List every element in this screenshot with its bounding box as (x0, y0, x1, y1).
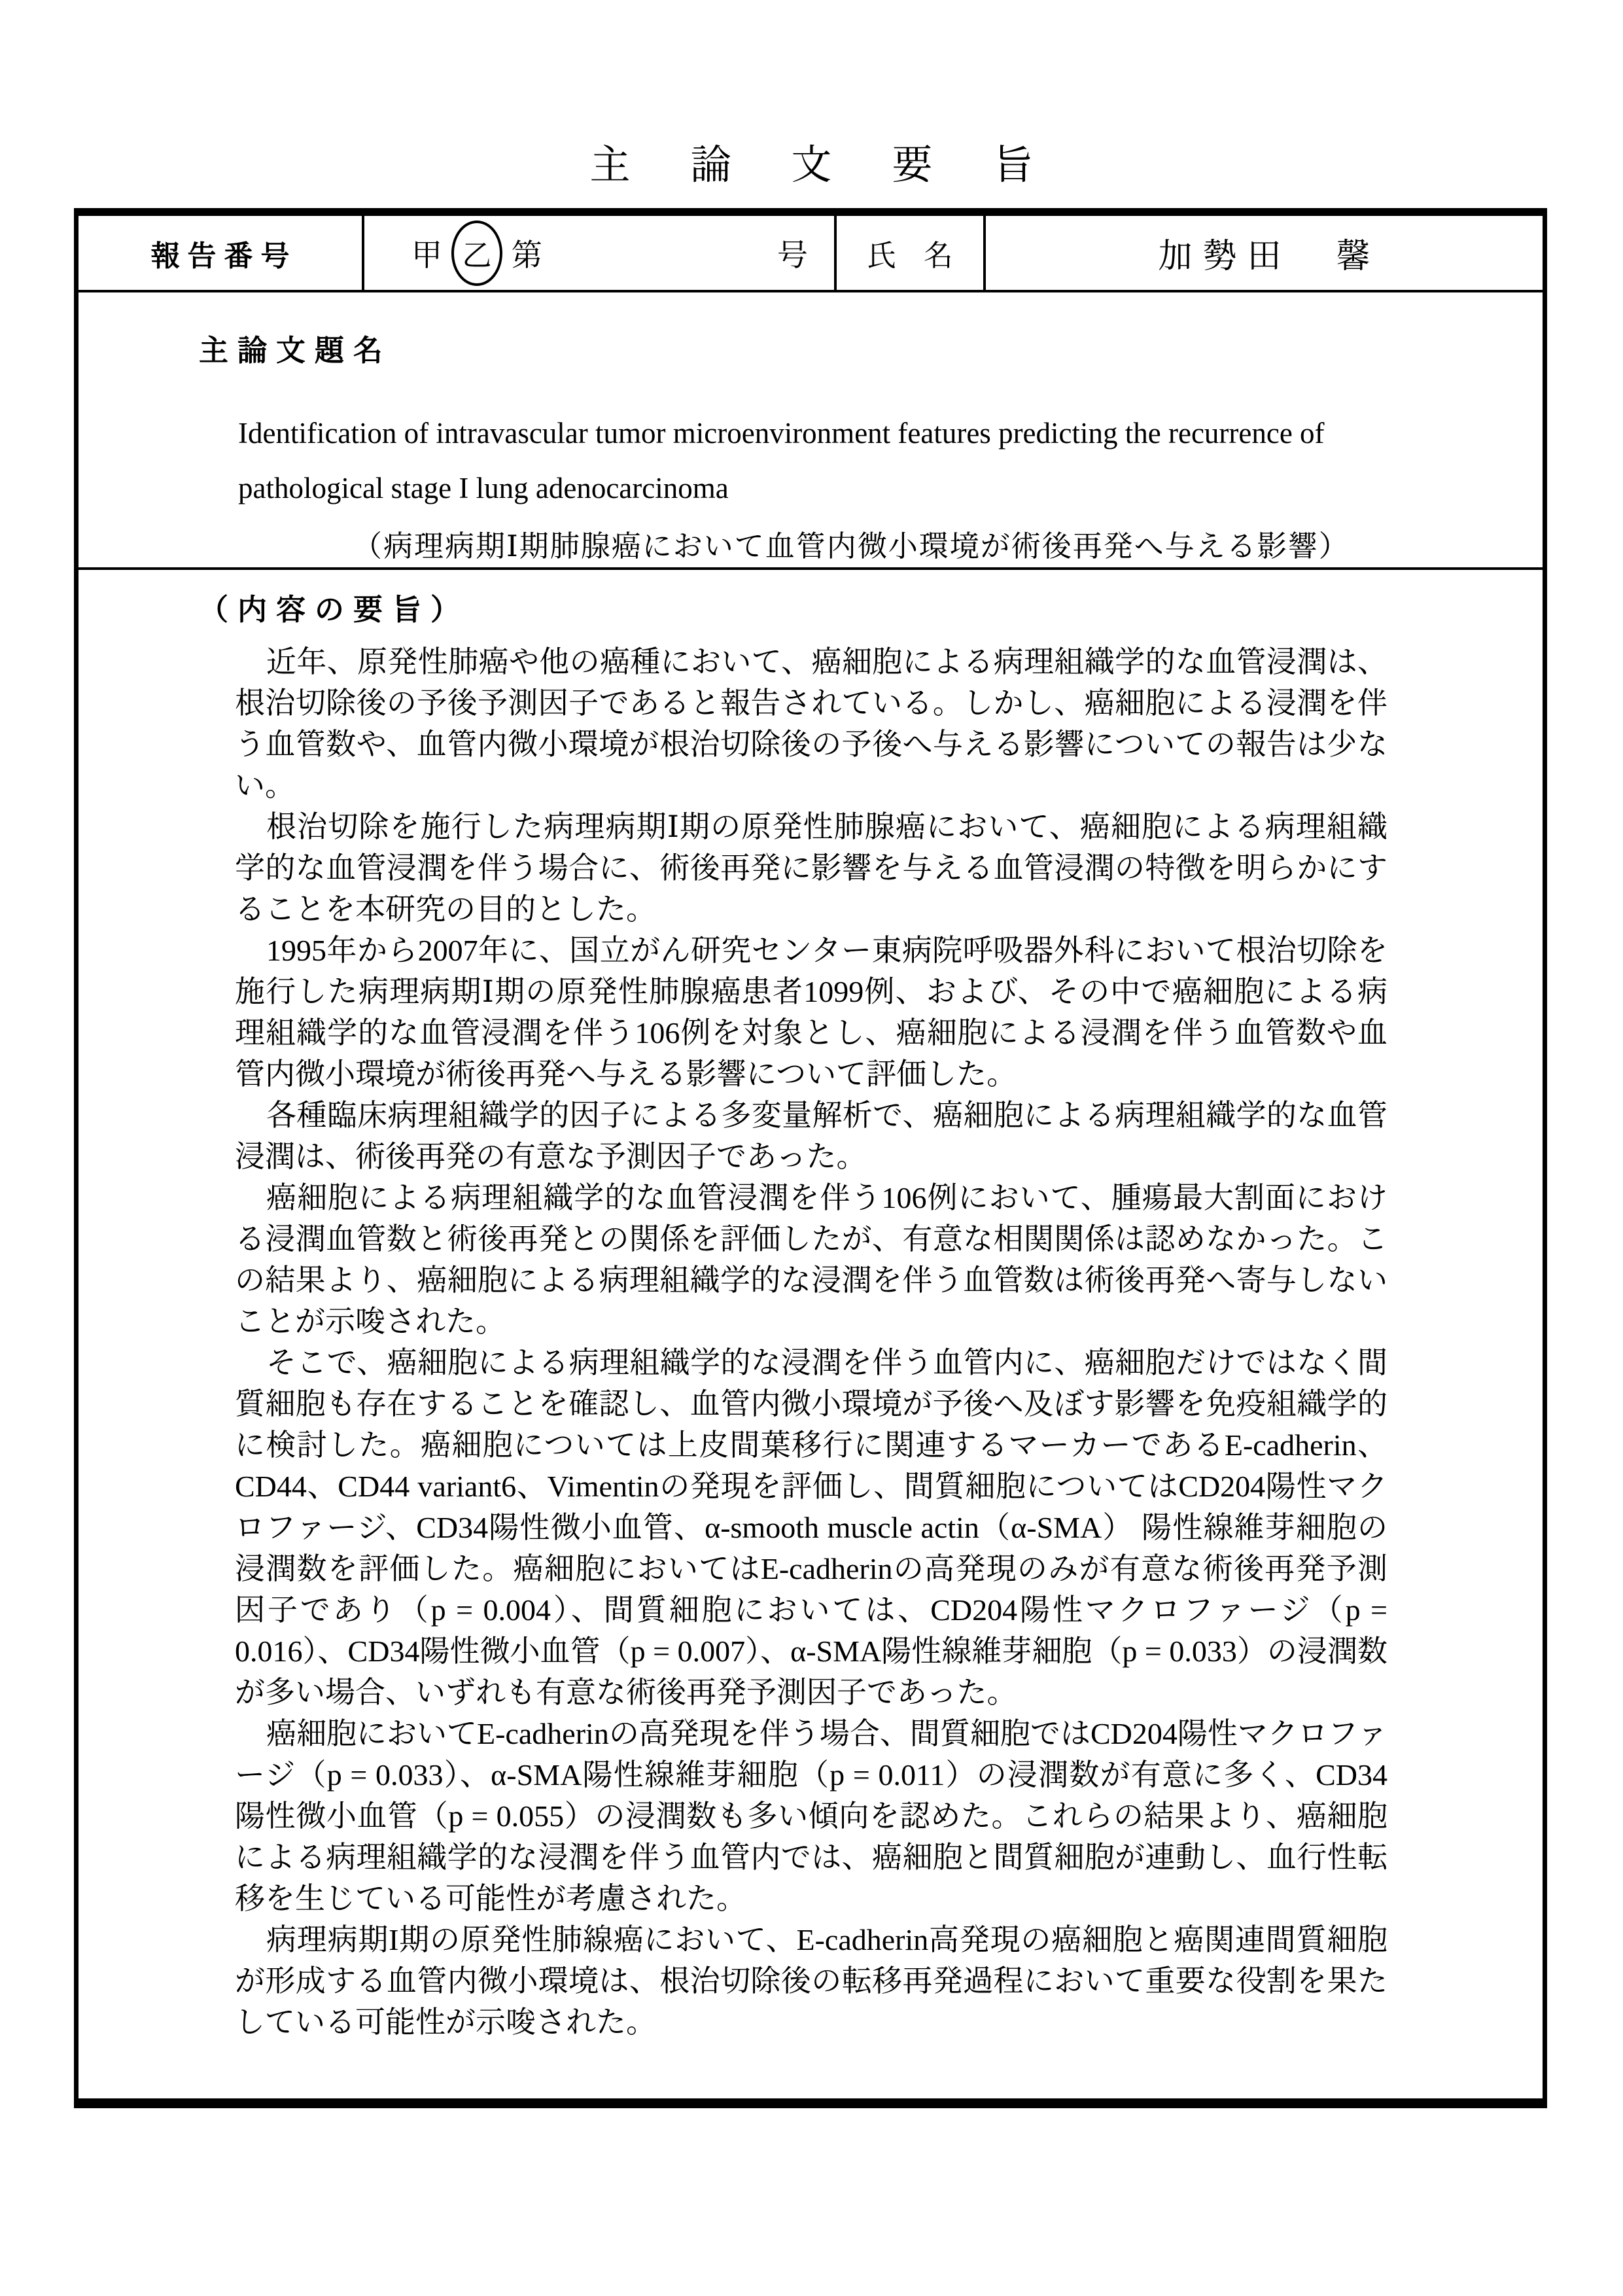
report-form-table: 報告番号 甲 乙 第 号 氏名 加勢田 馨 主論文題名 Identificati… (74, 208, 1547, 2108)
report-number-value-cell: 甲 乙 第 号 (364, 216, 837, 290)
summary-paragraph: 癌細胞による病理組織学的な血管浸潤を伴う106例において、腫瘍最大割面における浸… (235, 1177, 1387, 1342)
header-row: 報告番号 甲 乙 第 号 氏名 加勢田 馨 (79, 216, 1543, 292)
summary-paragraph: 近年、原発性肺癌や他の癌種において、癌細胞による病理組織学的な血管浸潤は、根治切… (235, 641, 1387, 806)
report-number-label: 報告番号 (79, 216, 364, 290)
summary-section: （内容の要旨） 近年、原発性肺癌や他の癌種において、癌細胞による病理組織学的な血… (79, 570, 1543, 2098)
kou-mark: 甲 (411, 231, 442, 275)
summary-paragraph: 病理病期I期の原発性肺線癌において、E-cadherin高発現の癌細胞と癌関連間… (235, 1919, 1387, 2043)
page-title: 主論文要旨 (0, 143, 1623, 188)
scanned-thesis-abstract-page: 主論文要旨 報告番号 甲 乙 第 号 氏名 加勢田 馨 主論文題名 Identi… (0, 0, 1623, 2296)
thesis-title-section: 主論文題名 Identification of intravascular tu… (79, 292, 1543, 570)
gou-mark: 号 (777, 231, 808, 275)
thesis-title-english-line2: pathological stage I lung adenocarcinoma (238, 461, 1409, 516)
thesis-title-japanese: （病理病期Ⅰ期肺腺癌において血管内微小環境が術後再発へ与える影響） (353, 522, 1503, 565)
summary-paragraph: 根治切除を施行した病理病期Ⅰ期の原発性肺腺癌において、癌細胞による病理組織学的な… (235, 806, 1387, 930)
thesis-title-label: 主論文題名 (199, 327, 1503, 369)
thesis-title-english-line1: Identification of intravascular tumor mi… (238, 406, 1409, 461)
summary-paragraph: 1995年から2007年に、国立がん研究センター東病院呼吸器外科において根治切除… (235, 930, 1387, 1095)
summary-body: 近年、原発性肺癌や他の癌種において、癌細胞による病理組織学的な血管浸潤は、根治切… (235, 641, 1387, 2043)
summary-paragraph: 各種臨床病理組織学的因子による多変量解析で、癌細胞による病理組織学的な血管浸潤は… (235, 1095, 1387, 1177)
summary-paragraph: そこで、癌細胞による病理組織学的な浸潤を伴う血管内に、癌細胞だけではなく間質細胞… (235, 1342, 1387, 1713)
thesis-title-english: Identification of intravascular tumor mi… (238, 406, 1409, 516)
dai-mark: 第 (512, 231, 542, 275)
summary-label: （内容の要旨） (199, 586, 1543, 628)
otsu-mark-circled: 乙 (451, 221, 502, 286)
otsu-mark: 乙 (462, 232, 491, 274)
name-label: 氏名 (837, 216, 986, 290)
name-value: 加勢田 馨 (986, 216, 1543, 290)
summary-paragraph: 癌細胞においてE-cadherinの高発現を伴う場合、間質細胞ではCD204陽性… (235, 1713, 1387, 1919)
